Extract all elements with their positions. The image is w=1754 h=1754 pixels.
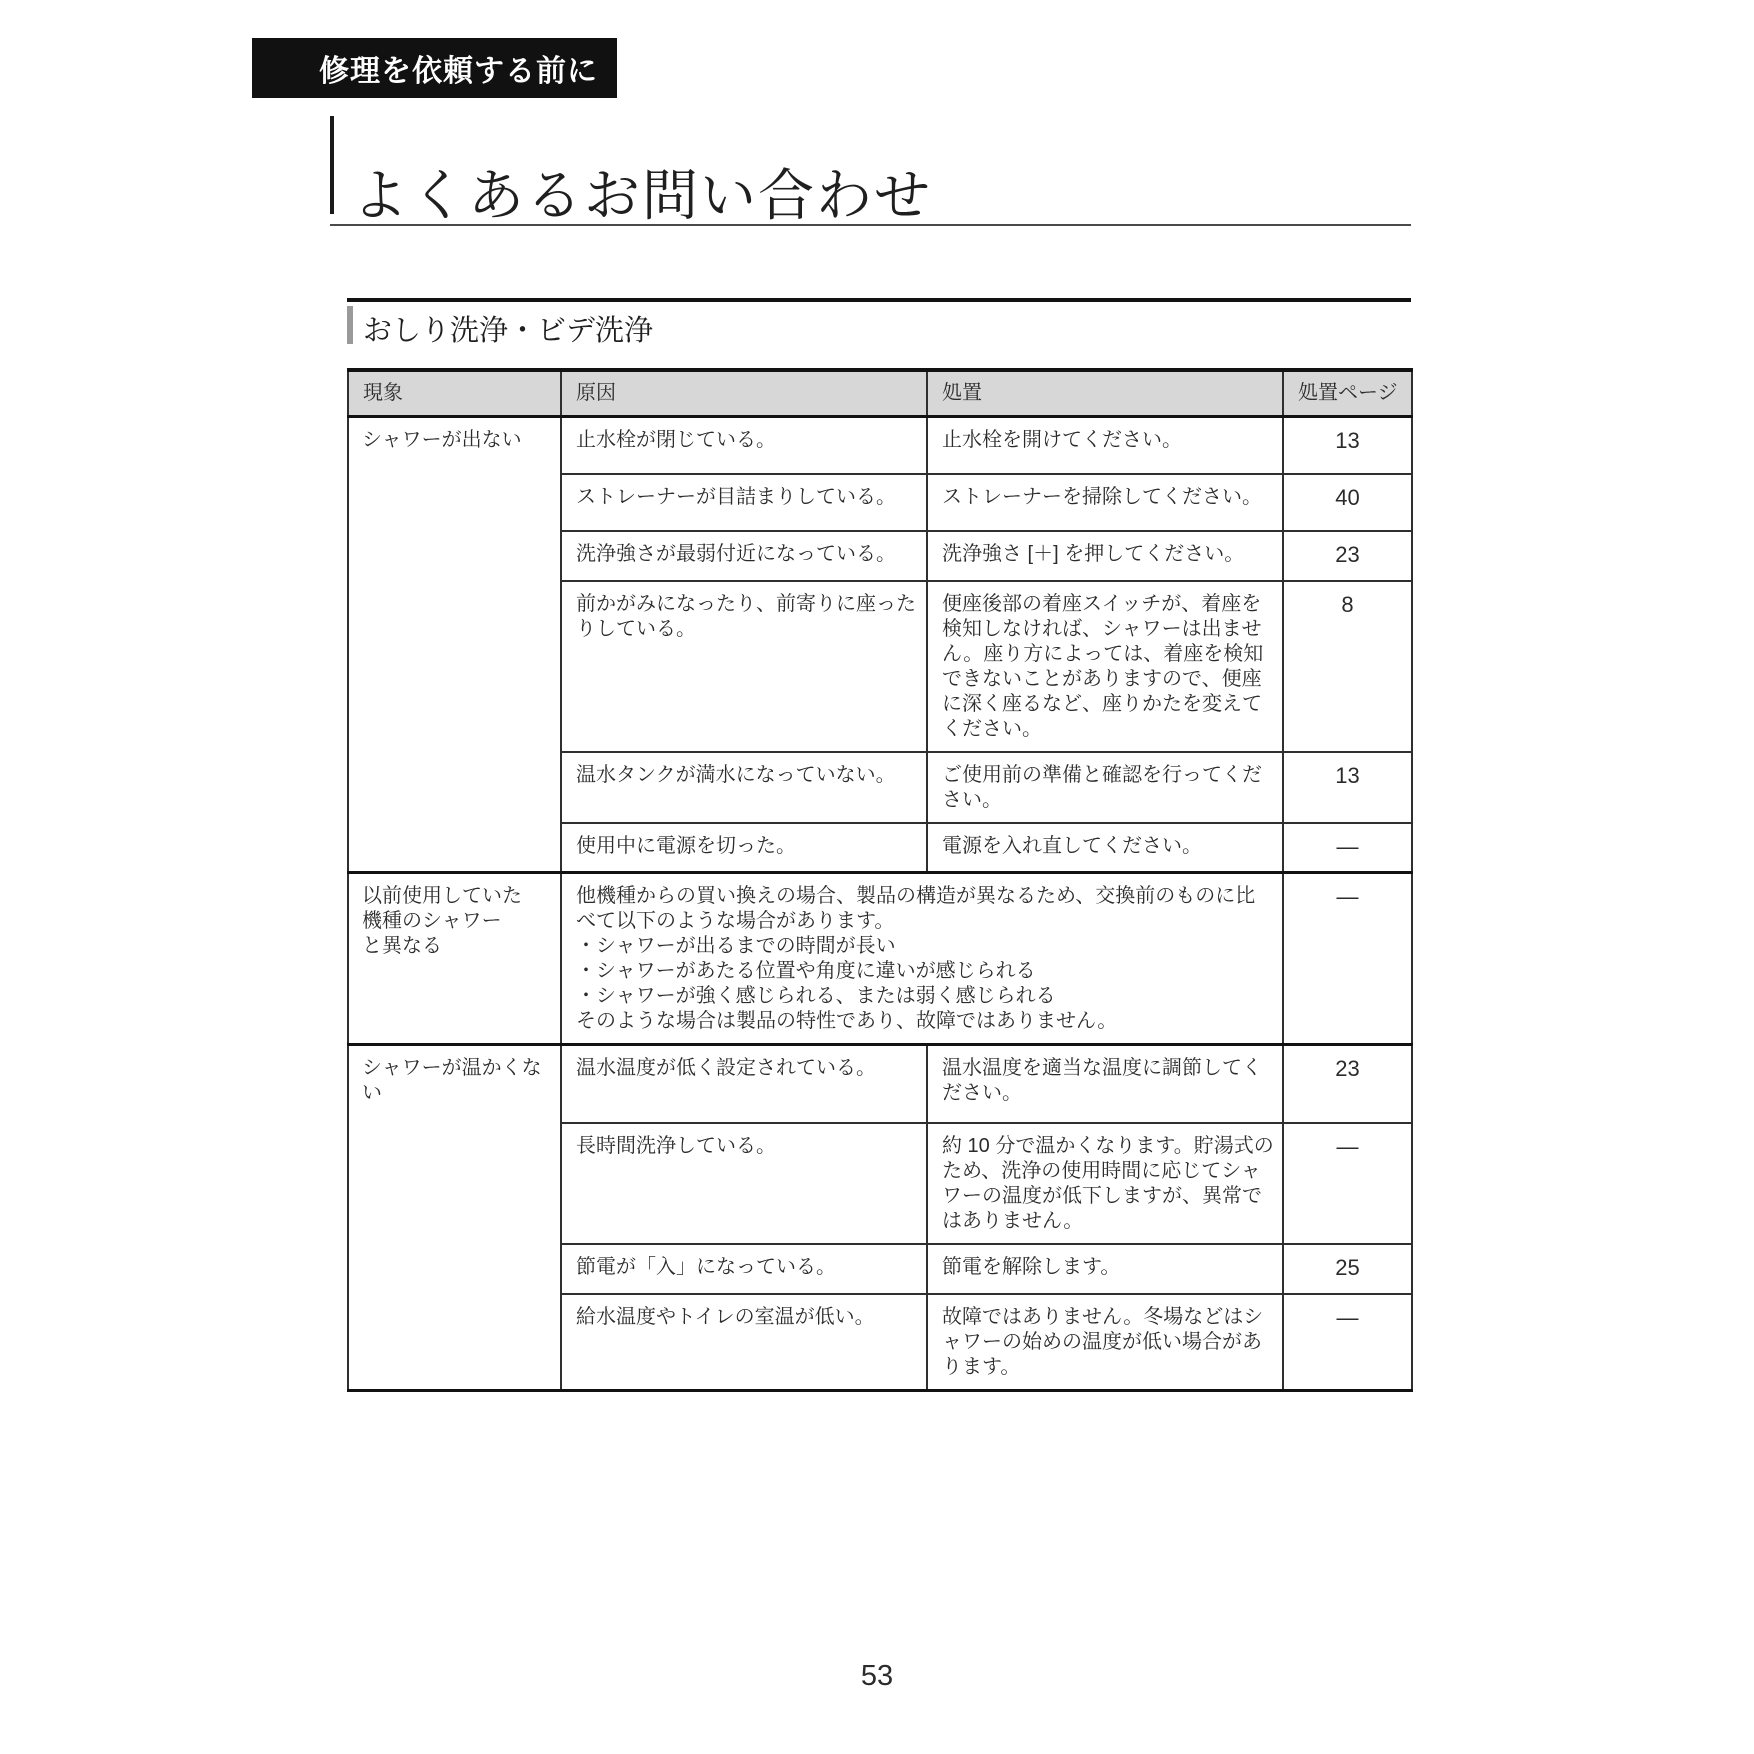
phenomenon-cell: 以前使用していた 機種のシャワー と異なる: [348, 873, 561, 1045]
page-title: よくあるお問い合わせ: [352, 152, 932, 232]
page-ref-cell: —: [1283, 1123, 1412, 1244]
cause-cell: 温水タンクが満水になっていない。: [561, 752, 927, 823]
title-underline: [330, 224, 1411, 226]
merged-note-cell: 他機種からの買い換えの場合、製品の構造が異なるため、交換前のものに比べて以下のよ…: [561, 873, 1283, 1045]
page-ref-cell: 25: [1283, 1244, 1412, 1294]
cause-cell: 長時間洗浄している。: [561, 1123, 927, 1244]
page-ref-cell: 13: [1283, 752, 1412, 823]
page-ref-cell: —: [1283, 873, 1412, 1045]
section-title: おしり洗浄・ビデ洗浄: [363, 308, 653, 349]
section-top-rule: [347, 298, 1411, 302]
manual-page: 修理を依頼する前に よくあるお問い合わせ おしり洗浄・ビデ洗浄 現象 原因 処置…: [0, 0, 1754, 1754]
folio-page-number: 53: [0, 1660, 1754, 1693]
table-row: シャワーが出ない 止水栓が閉じている。 止水栓を開けてください。 13: [348, 417, 1412, 474]
cause-cell: 止水栓が閉じている。: [561, 417, 927, 474]
treatment-cell: 電源を入れ直してください。: [927, 823, 1283, 873]
page-ref-cell: 40: [1283, 474, 1412, 531]
table-row: シャワーが温かくな い 温水温度が低く設定されている。 温水温度を適当な温度に調…: [348, 1045, 1412, 1123]
cause-cell: 洗浄強さが最弱付近になっている。: [561, 531, 927, 581]
page-ref-cell: —: [1283, 1294, 1412, 1391]
section-header: おしり洗浄・ビデ洗浄: [347, 306, 653, 349]
treatment-cell: 洗浄強さ [＋] を押してください。: [927, 531, 1283, 581]
chapter-banner-label: 修理を依頼する前に: [319, 46, 598, 90]
treatment-cell: ご使用前の準備と確認を行ってください。: [927, 752, 1283, 823]
treatment-cell: 約 10 分で温かくなります。貯湯式のため、洗浄の使用時間に応じてシャワーの温度…: [927, 1123, 1283, 1244]
treatment-cell: 故障ではありません。冬場などはシャワーの始めの温度が低い場合があります。: [927, 1294, 1283, 1391]
cause-cell: 節電が「入」になっている。: [561, 1244, 927, 1294]
header-phenomenon: 現象: [348, 370, 561, 417]
page-ref-cell: 8: [1283, 581, 1412, 752]
cause-cell: 給水温度やトイレの室温が低い。: [561, 1294, 927, 1391]
phenomenon-cell: シャワーが出ない: [348, 417, 561, 873]
section-accent-bar: [347, 306, 353, 344]
cause-cell: 温水温度が低く設定されている。: [561, 1045, 927, 1123]
phenomenon-cell: シャワーが温かくな い: [348, 1045, 561, 1391]
faq-table: 現象 原因 処置 処置ページ シャワーが出ない 止水栓が閉じている。 止水栓を開…: [347, 368, 1413, 1392]
page-ref-cell: 23: [1283, 1045, 1412, 1123]
chapter-banner: 修理を依頼する前に: [252, 38, 617, 98]
header-page: 処置ページ: [1283, 370, 1412, 417]
title-accent-bar: [330, 116, 334, 214]
cause-cell: 前かがみになったり、前寄りに座ったりしている。: [561, 581, 927, 752]
header-treatment: 処置: [927, 370, 1283, 417]
treatment-cell: ストレーナーを掃除してください。: [927, 474, 1283, 531]
treatment-cell: 止水栓を開けてください。: [927, 417, 1283, 474]
page-ref-cell: 13: [1283, 417, 1412, 474]
table-row: 以前使用していた 機種のシャワー と異なる 他機種からの買い換えの場合、製品の構…: [348, 873, 1412, 1045]
page-ref-cell: 23: [1283, 531, 1412, 581]
treatment-cell: 節電を解除します。: [927, 1244, 1283, 1294]
page-ref-cell: —: [1283, 823, 1412, 873]
cause-cell: 使用中に電源を切った。: [561, 823, 927, 873]
table-header-row: 現象 原因 処置 処置ページ: [348, 370, 1412, 417]
treatment-cell: 温水温度を適当な温度に調節してください。: [927, 1045, 1283, 1123]
cause-cell: ストレーナーが目詰まりしている。: [561, 474, 927, 531]
header-cause: 原因: [561, 370, 927, 417]
treatment-cell: 便座後部の着座スイッチが、着座を検知しなければ、シャワーは出ません。座り方によっ…: [927, 581, 1283, 752]
